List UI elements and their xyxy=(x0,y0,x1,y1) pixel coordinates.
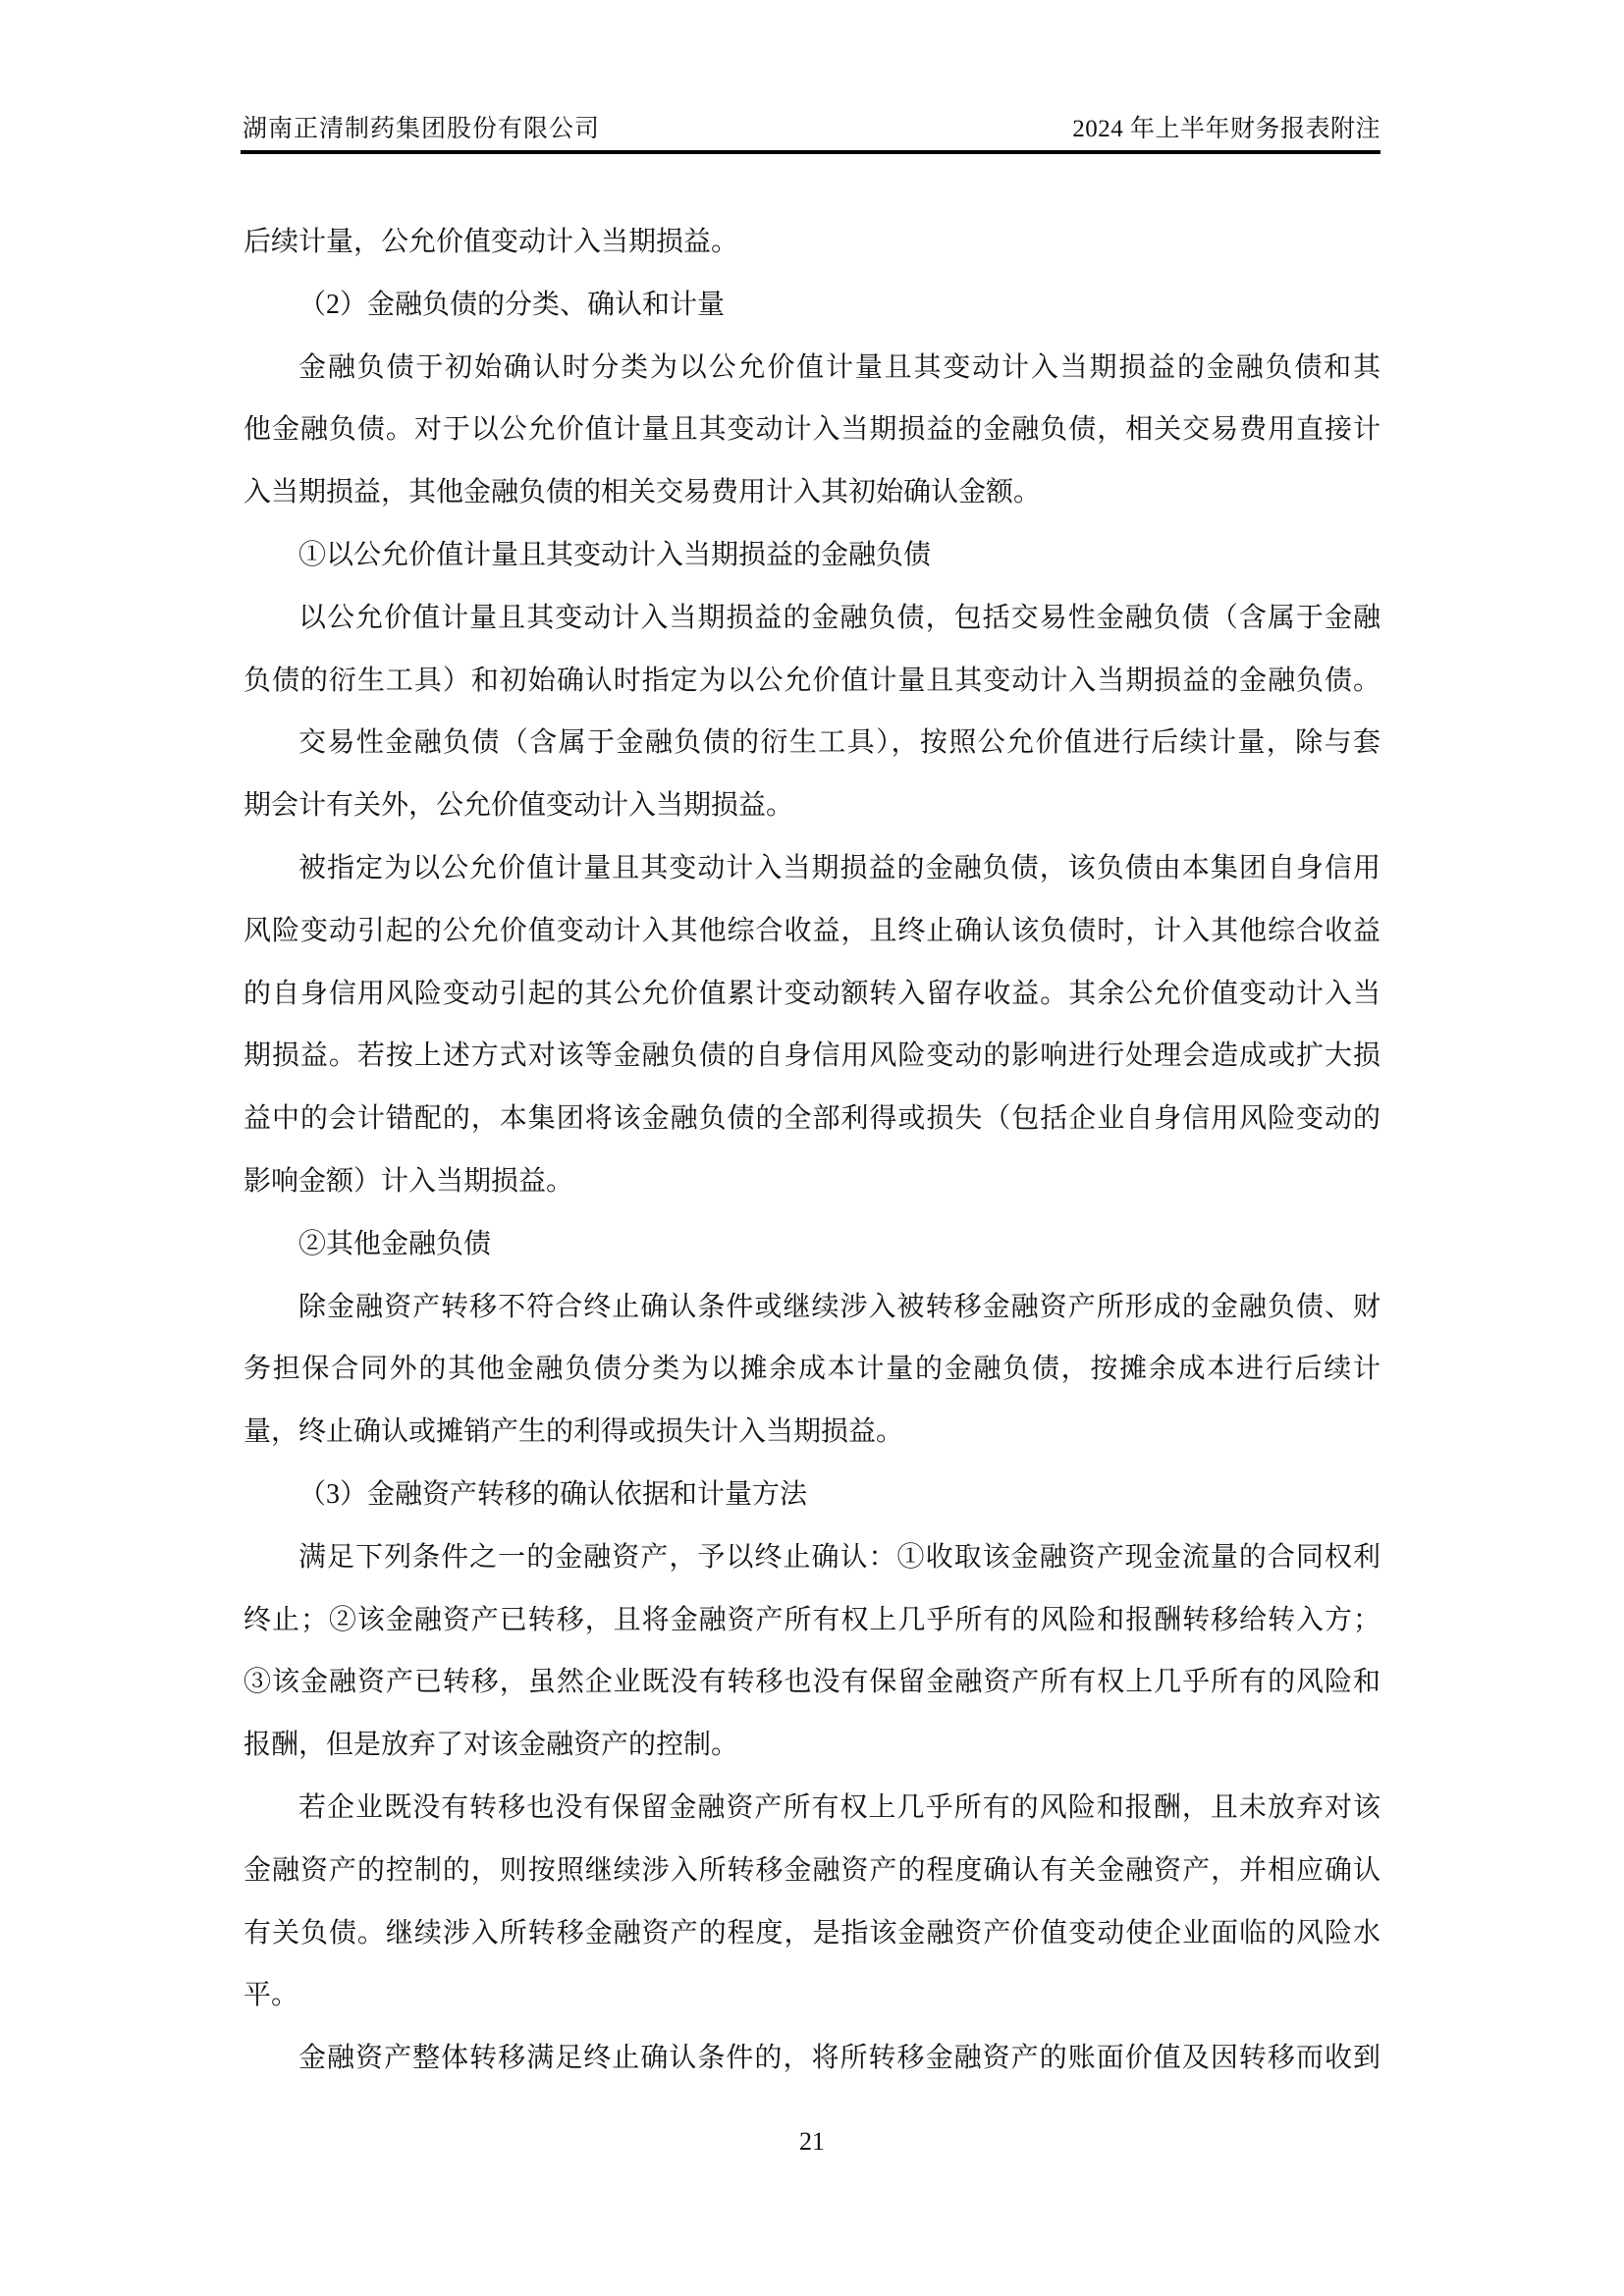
document-page: 湖南正清制药集团股份有限公司 2024 年上半年财务报表附注 后续计量，公允价值… xyxy=(0,0,1624,2296)
text-line: ②其他金融负债 xyxy=(244,1213,1380,1276)
text-line: ①以公允价值计量且其变动计入当期损益的金融负债 xyxy=(244,524,1380,587)
paragraph: 被指定为以公允价值计量且其变动计入当期损益的金融负债，该负债由本集团自身信用风险… xyxy=(244,837,1380,1213)
item-heading-1: ①以公允价值计量且其变动计入当期损益的金融负债 xyxy=(244,524,1380,587)
text-line: 影响金额）计入当期损益。 xyxy=(244,1150,1380,1213)
section-heading-3: （3）金融资产转移的确认依据和计量方法 xyxy=(244,1464,1380,1526)
continued-paragraph: 后续计量，公允价值变动计入当期损益。 xyxy=(244,211,1380,274)
page-number: 21 xyxy=(244,2122,1380,2162)
text-line: 负债的衍生工具）和初始确认时指定为以公允价值计量且其变动计入当期损益的金融负债。 xyxy=(244,650,1380,713)
document-body: 后续计量，公允价值变动计入当期损益。（2）金融负债的分类、确认和计量金融负债于初… xyxy=(244,211,1380,2090)
paragraph: 金融资产整体转移满足终止确认条件的，将所转移金融资产的账面价值及因转移而收到 xyxy=(244,2027,1380,2090)
text-line: 除金融资产转移不符合终止确认条件或继续涉入被转移金融资产所形成的金融负债、财 xyxy=(244,1276,1380,1339)
text-line: 量，终止确认或摊销产生的利得或损失计入当期损益。 xyxy=(244,1401,1380,1464)
header-divider xyxy=(241,150,1380,154)
page-header: 湖南正清制药集团股份有限公司 2024 年上半年财务报表附注 xyxy=(241,110,1380,149)
text-line: 报酬，但是放弃了对该金融资产的控制。 xyxy=(244,1714,1380,1777)
text-line: 平。 xyxy=(244,1964,1380,2027)
text-line: 务担保合同外的其他金融负债分类为以摊余成本计量的金融负债，按摊余成本进行后续计 xyxy=(244,1338,1380,1401)
text-line: 满足下列条件之一的金融资产，予以终止确认：①收取该金融资产现金流量的合同权利 xyxy=(244,1526,1380,1589)
paragraph: 交易性金融负债（含属于金融负债的衍生工具），按照公允价值进行后续计量，除与套期会… xyxy=(244,712,1380,837)
item-heading-2: ②其他金融负债 xyxy=(244,1213,1380,1276)
text-line: 金融负债于初始确认时分类为以公允价值计量且其变动计入当期损益的金融负债和其 xyxy=(244,337,1380,400)
paragraph: 若企业既没有转移也没有保留金融资产所有权上几乎所有的风险和报酬，且未放弃对该金融… xyxy=(244,1777,1380,2027)
paragraph: 金融负债于初始确认时分类为以公允价值计量且其变动计入当期损益的金融负债和其他金融… xyxy=(244,337,1380,524)
text-line: 的自身信用风险变动引起的其公允价值累计变动额转入留存收益。其余公允价值变动计入当 xyxy=(244,963,1380,1026)
text-line: 有关负债。继续涉入所转移金融资产的程度，是指该金融资产价值变动使企业面临的风险水 xyxy=(244,1902,1380,1965)
text-line: 以公允价值计量且其变动计入当期损益的金融负债，包括交易性金融负债（含属于金融 xyxy=(244,587,1380,650)
text-line: ③该金融资产已转移，虽然企业既没有转移也没有保留金融资产所有权上几乎所有的风险和 xyxy=(244,1651,1380,1714)
text-line: 交易性金融负债（含属于金融负债的衍生工具），按照公允价值进行后续计量，除与套 xyxy=(244,712,1380,774)
text-line: 入当期损益，其他金融负债的相关交易费用计入其初始确认金额。 xyxy=(244,461,1380,524)
paragraph: 以公允价值计量且其变动计入当期损益的金融负债，包括交易性金融负债（含属于金融负债… xyxy=(244,587,1380,713)
text-line: 被指定为以公允价值计量且其变动计入当期损益的金融负债，该负债由本集团自身信用 xyxy=(244,837,1380,900)
text-line: 金融资产的控制的，则按照继续涉入所转移金融资产的程度确认有关金融资产，并相应确认 xyxy=(244,1840,1380,1902)
header-company-name: 湖南正清制药集团股份有限公司 xyxy=(243,110,600,149)
text-line: 他金融负债。对于以公允价值计量且其变动计入当期损益的金融负债，相关交易费用直接计 xyxy=(244,399,1380,461)
text-line: 期损益。若按上述方式对该等金融负债的自身信用风险变动的影响进行处理会造成或扩大损 xyxy=(244,1025,1380,1088)
text-line: 金融资产整体转移满足终止确认条件的，将所转移金融资产的账面价值及因转移而收到 xyxy=(244,2027,1380,2090)
header-report-title: 2024 年上半年财务报表附注 xyxy=(1072,110,1380,149)
text-line: 益中的会计错配的，本集团将该金融负债的全部利得或损失（包括企业自身信用风险变动的 xyxy=(244,1088,1380,1150)
text-line: 终止；②该金融资产已转移，且将金融资产所有权上几乎所有的风险和报酬转移给转入方； xyxy=(244,1589,1380,1652)
paragraph: 满足下列条件之一的金融资产，予以终止确认：①收取该金融资产现金流量的合同权利终止… xyxy=(244,1526,1380,1777)
section-heading-2: （2）金融负债的分类、确认和计量 xyxy=(244,274,1380,337)
text-line: 后续计量，公允价值变动计入当期损益。 xyxy=(244,211,1380,274)
text-line: 风险变动引起的公允价值变动计入其他综合收益，且终止确认该负债时，计入其他综合收益 xyxy=(244,900,1380,963)
text-line: 若企业既没有转移也没有保留金融资产所有权上几乎所有的风险和报酬，且未放弃对该 xyxy=(244,1777,1380,1840)
paragraph: 除金融资产转移不符合终止确认条件或继续涉入被转移金融资产所形成的金融负债、财务担… xyxy=(244,1276,1380,1464)
text-line: （3）金融资产转移的确认依据和计量方法 xyxy=(244,1464,1380,1526)
text-line: 期会计有关外，公允价值变动计入当期损益。 xyxy=(244,774,1380,837)
text-line: （2）金融负债的分类、确认和计量 xyxy=(244,274,1380,337)
